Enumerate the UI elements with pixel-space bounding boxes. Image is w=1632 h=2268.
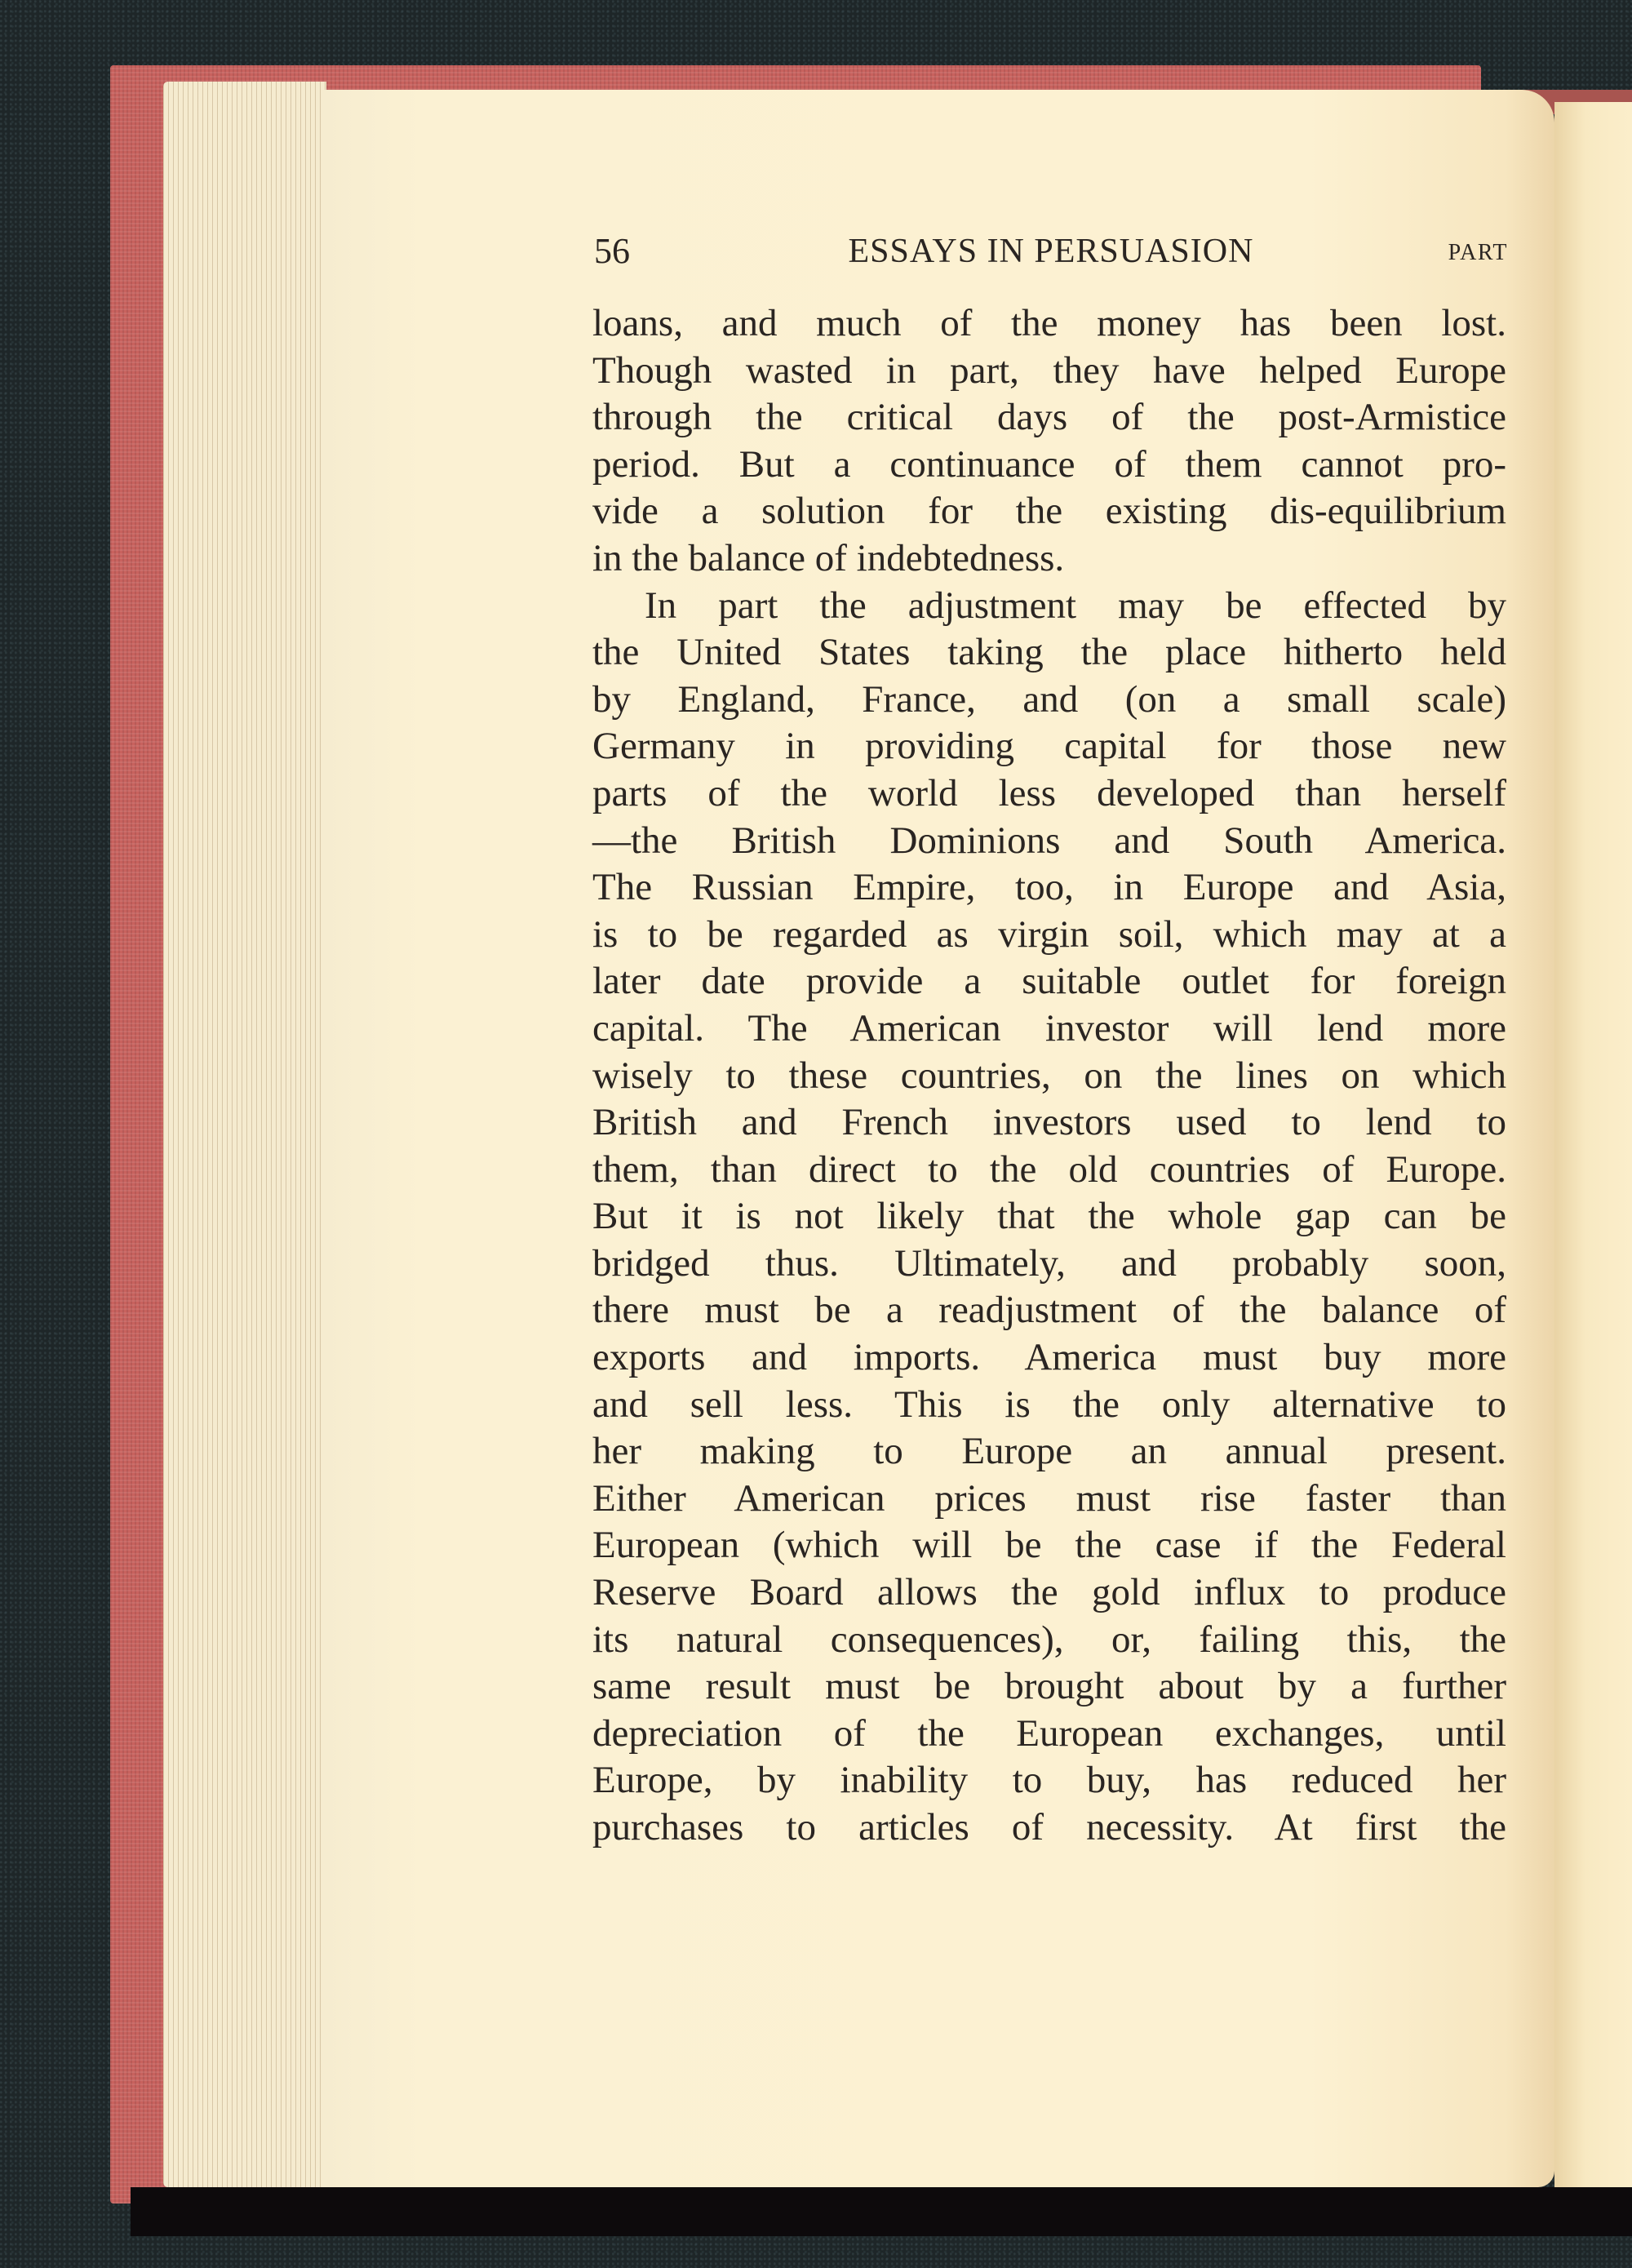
text-line: parts of the world less developed than h… [592, 770, 1506, 818]
text-line: there must be a readjustment of the bala… [592, 1287, 1506, 1334]
paragraph-2: In part the adjustment may be effected b… [592, 583, 1506, 1852]
text-line: Germany in providing capital for those n… [592, 723, 1506, 770]
text-line: Either American prices must rise faster … [592, 1476, 1506, 1523]
text-line: in the balance of indebtedness. [592, 535, 1506, 583]
text-line: European (which will be the case if the … [592, 1522, 1506, 1569]
text-line: Europe, by inability to buy, has reduced… [592, 1757, 1506, 1804]
text-line: the United States taking the place hithe… [592, 629, 1506, 677]
text-line: The Russian Empire, too, in Europe and A… [592, 864, 1506, 912]
text-line: Reserve Board allows the gold influx to … [592, 1569, 1506, 1617]
paragraph-1: loans, and much of the money has been lo… [592, 300, 1506, 583]
text-line: vide a solution for the existing dis-equ… [592, 488, 1506, 535]
text-line: later date provide a suitable outlet for… [592, 958, 1506, 1005]
text-line: loans, and much of the money has been lo… [592, 300, 1506, 348]
text-line: British and French investors used to len… [592, 1099, 1506, 1147]
text-line: its natural consequences), or, failing t… [592, 1617, 1506, 1664]
next-page-edge [1554, 102, 1632, 2187]
text-line: But it is not likely that the whole gap … [592, 1193, 1506, 1241]
text-line: —the British Dominions and South America… [592, 818, 1506, 865]
text-line: her making to Europe an annual present. [592, 1428, 1506, 1476]
text-line: period. But a continuance of them cannot… [592, 442, 1506, 489]
text-line: purchases to articles of necessity. At f… [592, 1804, 1506, 1852]
text-line: capital. The American investor will lend… [592, 1005, 1506, 1053]
text-line: In part the adjustment may be effected b… [592, 583, 1506, 630]
text-line: Though wasted in part, they have helped … [592, 348, 1506, 395]
text-line: exports and imports. America must buy mo… [592, 1334, 1506, 1382]
page-stack-fore-edge [163, 82, 326, 2187]
text-line: is to be regarded as virgin soil, which … [592, 912, 1506, 959]
text-line: wisely to these countries, on the lines … [592, 1053, 1506, 1100]
text-line: same result must be brought about by a f… [592, 1663, 1506, 1711]
text-line: by England, France, and (on a small scal… [592, 677, 1506, 724]
running-head: 56 ESSAYS IN PERSUASION PART [594, 230, 1508, 271]
text-line: them, than direct to the old countries o… [592, 1147, 1506, 1194]
text-line: depreciation of the European exchanges, … [592, 1711, 1506, 1758]
text-line: and sell less. This is the only alternat… [592, 1382, 1506, 1429]
body-text: loans, and much of the money has been lo… [592, 300, 1506, 1852]
section-label: PART [1448, 240, 1508, 266]
text-line: through the critical days of the post-Ar… [592, 394, 1506, 442]
book-shadow [131, 2187, 1632, 2236]
text-line: bridged thus. Ultimately, and probably s… [592, 1241, 1506, 1288]
book-title: ESSAYS IN PERSUASION [594, 232, 1508, 271]
